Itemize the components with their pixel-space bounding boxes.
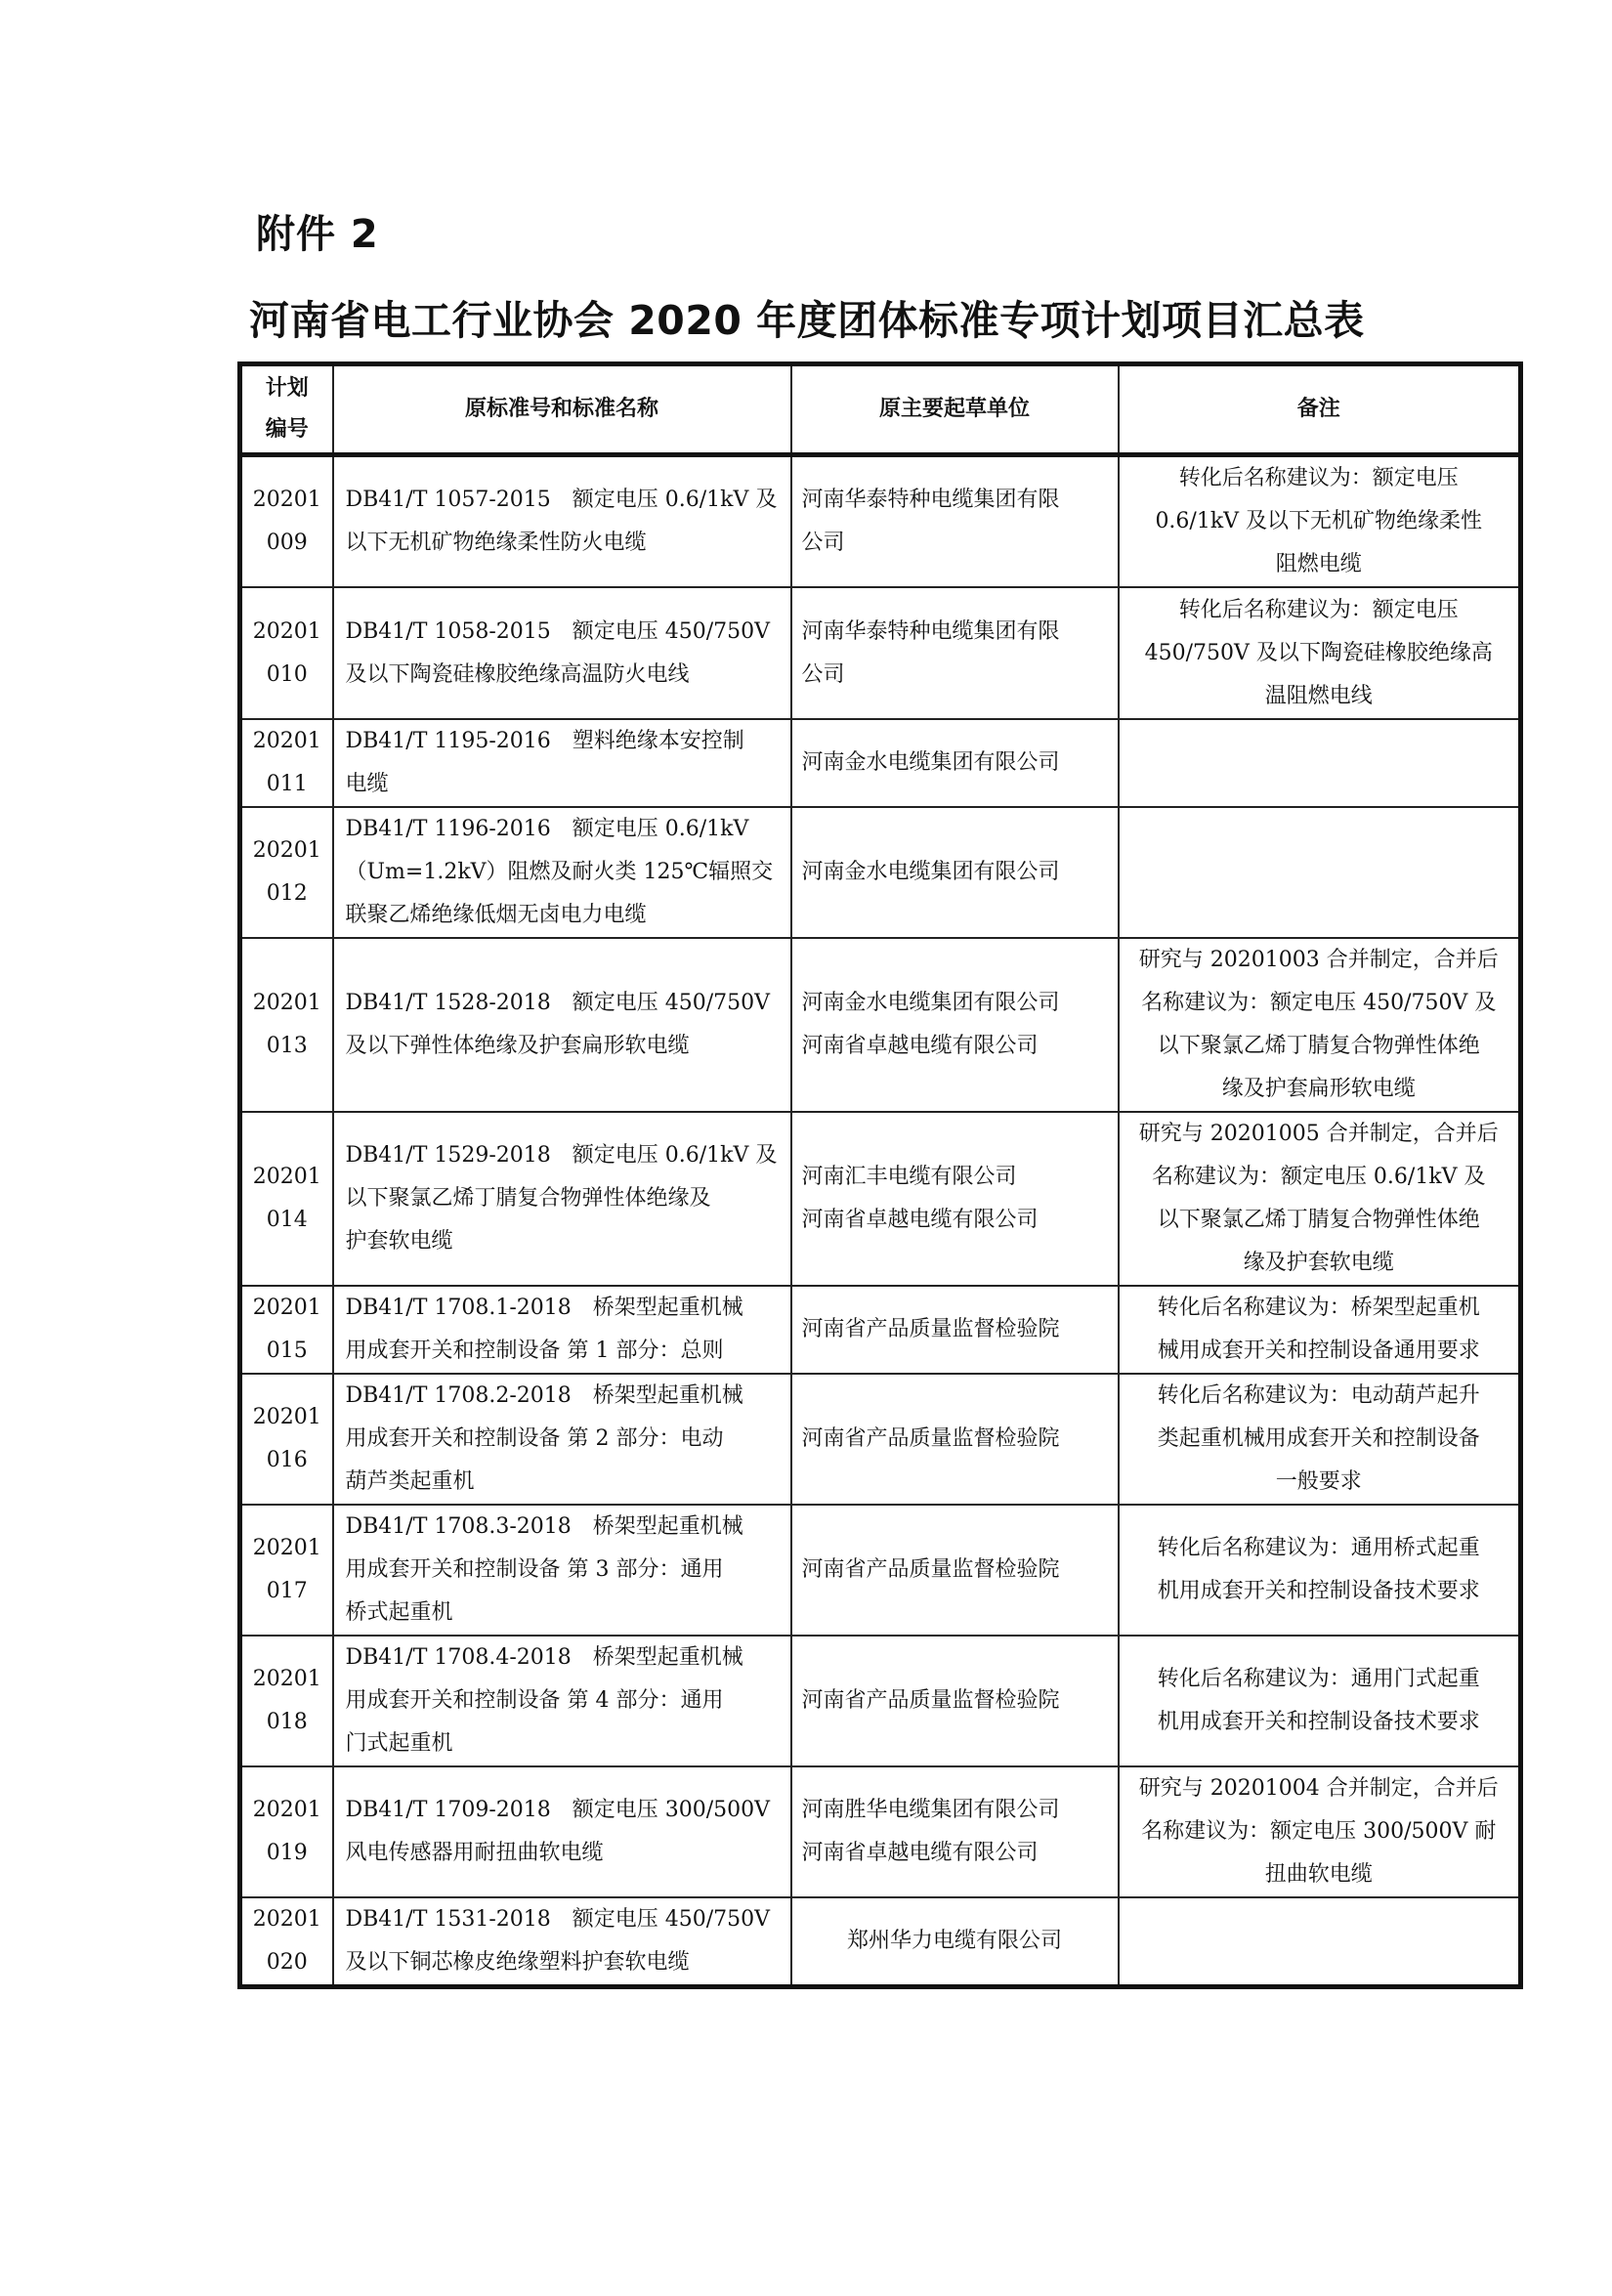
cell-note-line: 研究与 20201003 合并制定，合并后 [1125,939,1513,982]
cell-standard: DB41/T 1709-2018 额定电压 300/500V风电传感器用耐扭曲软… [333,1766,791,1897]
plan-number-id-line1: 20201 [244,1789,330,1832]
cell-standard-line: DB41/T 1195-2016 塑料绝缘本安控制 [346,720,785,763]
cell-note: 转化后名称建议为：额定电压0.6/1kV 及以下无机矿物绝缘柔性阻燃电缆 [1119,455,1521,588]
header-standard: 原标准号和标准名称 [333,364,791,455]
cell-drafting-unit: 河南金水电缆集团有限公司河南省卓越电缆有限公司 [791,938,1119,1112]
cell-drafting-unit: 河南汇丰电缆有限公司河南省卓越电缆有限公司 [791,1112,1119,1286]
cell-note: 转化后名称建议为：桥架型起重机械用成套开关和控制设备通用要求 [1119,1286,1521,1374]
table-row: 20201016DB41/T 1708.2-2018 桥架型起重机械用成套开关和… [240,1374,1521,1505]
cell-drafting-unit-line: 公司 [802,654,1108,697]
cell-drafting-unit-line: 河南汇丰电缆有限公司 [802,1156,1108,1199]
table-body: 20201009DB41/T 1057-2015 额定电压 0.6/1kV 及以… [240,455,1521,1987]
plan-number-id-line1: 20201 [244,1156,330,1199]
cell-standard-line: 以下聚氯乙烯丁腈复合物弹性体绝缘及 [346,1177,785,1220]
cell-note: 研究与 20201004 合并制定，合并后名称建议为：额定电压 300/500V… [1119,1766,1521,1897]
table-row: 20201017DB41/T 1708.3-2018 桥架型起重机械用成套开关和… [240,1505,1521,1636]
cell-drafting-unit-line: 公司 [802,522,1108,565]
cell-drafting-unit-line: 河南省产品质量监督检验院 [802,1418,1108,1461]
cell-plan-number: 20201011 [240,719,333,807]
table-row: 20201014DB41/T 1529-2018 额定电压 0.6/1kV 及以… [240,1112,1521,1286]
cell-note-line: 缘及护套软电缆 [1125,1242,1513,1285]
cell-note-line: 械用成套开关和控制设备通用要求 [1125,1330,1513,1373]
table-row: 20201020DB41/T 1531-2018 额定电压 450/750V及以… [240,1897,1521,1987]
cell-standard: DB41/T 1708.2-2018 桥架型起重机械用成套开关和控制设备 第 2… [333,1374,791,1505]
plan-number-id-line1: 20201 [244,1898,330,1941]
document-title: 河南省电工行业协会 2020 年度团体标准专项计划项目汇总表 [249,288,1451,346]
plan-number-id-line2: 020 [244,1941,330,1984]
plan-number-id-line1: 20201 [244,1527,330,1570]
cell-standard: DB41/T 1057-2015 额定电压 0.6/1kV 及以下无机矿物绝缘柔… [333,455,791,588]
cell-standard-line: DB41/T 1529-2018 额定电压 0.6/1kV 及 [346,1134,785,1177]
table-row: 20201013DB41/T 1528-2018 额定电压 450/750V及以… [240,938,1521,1112]
cell-note-line: 450/750V 及以下陶瓷硅橡胶绝缘高 [1125,632,1513,675]
plan-number-id-line1: 20201 [244,479,330,522]
table-row: 20201012DB41/T 1196-2016 额定电压 0.6/1kV（Um… [240,807,1521,938]
cell-standard: DB41/T 1708.3-2018 桥架型起重机械用成套开关和控制设备 第 3… [333,1505,791,1636]
cell-note: 研究与 20201003 合并制定，合并后名称建议为：额定电压 450/750V… [1119,938,1521,1112]
cell-drafting-unit-line: 郑州华力电缆有限公司 [802,1920,1108,1963]
header-plan-number-line2: 编号 [246,409,328,450]
cell-drafting-unit-line: 河南金水电缆集团有限公司 [802,851,1108,894]
plan-number-id-line2: 009 [244,522,330,565]
cell-standard-line: DB41/T 1528-2018 额定电压 450/750V [346,982,785,1025]
cell-standard-line: DB41/T 1057-2015 额定电压 0.6/1kV 及 [346,479,785,522]
cell-note-line: 缘及护套扁形软电缆 [1125,1068,1513,1111]
cell-note: 转化后名称建议为：电动葫芦起升类起重机械用成套开关和控制设备一般要求 [1119,1374,1521,1505]
cell-drafting-unit-line: 河南省产品质量监督检验院 [802,1549,1108,1592]
table-row: 20201018DB41/T 1708.4-2018 桥架型起重机械用成套开关和… [240,1636,1521,1766]
cell-note: 转化后名称建议为：通用桥式起重机用成套开关和控制设备技术要求 [1119,1505,1521,1636]
cell-note-line: 转化后名称建议为：额定电压 [1125,457,1513,500]
cell-drafting-unit-line: 河南胜华电缆集团有限公司 [802,1789,1108,1832]
header-drafting-unit: 原主要起草单位 [791,364,1119,455]
table-row: 20201010DB41/T 1058-2015 额定电压 450/750V及以… [240,587,1521,719]
table-row: 20201009DB41/T 1057-2015 额定电压 0.6/1kV 及以… [240,455,1521,588]
cell-drafting-unit-line: 河南省卓越电缆有限公司 [802,1199,1108,1242]
plan-number-id-line1: 20201 [244,1658,330,1701]
cell-plan-number: 20201018 [240,1636,333,1766]
cell-standard: DB41/T 1058-2015 额定电压 450/750V及以下陶瓷硅橡胶绝缘… [333,587,791,719]
cell-standard-line: DB41/T 1708.3-2018 桥架型起重机械 [346,1506,785,1549]
header-note: 备注 [1119,364,1521,455]
cell-note-line: 转化后名称建议为：额定电压 [1125,589,1513,632]
cell-plan-number: 20201016 [240,1374,333,1505]
cell-standard-line: DB41/T 1058-2015 额定电压 450/750V [346,611,785,654]
cell-note-line: 转化后名称建议为：通用门式起重 [1125,1658,1513,1701]
plan-number-id-line2: 012 [244,872,330,915]
cell-note [1119,719,1521,807]
cell-drafting-unit: 河南华泰特种电缆集团有限公司 [791,455,1119,588]
cell-standard-line: 用成套开关和控制设备 第 4 部分：通用 [346,1679,785,1722]
cell-standard-line: 用成套开关和控制设备 第 2 部分：电动 [346,1418,785,1461]
cell-note-line: 温阻燃电线 [1125,675,1513,718]
cell-plan-number: 20201014 [240,1112,333,1286]
cell-standard: DB41/T 1528-2018 额定电压 450/750V及以下弹性体绝缘及护… [333,938,791,1112]
cell-standard: DB41/T 1196-2016 额定电压 0.6/1kV（Um=1.2kV）阻… [333,807,791,938]
cell-plan-number: 20201019 [240,1766,333,1897]
cell-plan-number: 20201017 [240,1505,333,1636]
plan-number-id-line2: 017 [244,1570,330,1613]
plan-number-id-line2: 016 [244,1439,330,1482]
cell-standard-line: DB41/T 1531-2018 额定电压 450/750V [346,1898,785,1941]
cell-note-line: 名称建议为：额定电压 0.6/1kV 及 [1125,1156,1513,1199]
cell-drafting-unit-line: 河南金水电缆集团有限公司 [802,742,1108,785]
cell-note-line: 以下聚氯乙烯丁腈复合物弹性体绝 [1125,1199,1513,1242]
cell-note-line: 名称建议为：额定电压 450/750V 及 [1125,982,1513,1025]
cell-standard-line: 用成套开关和控制设备 第 3 部分：通用 [346,1549,785,1592]
cell-drafting-unit-line: 河南金水电缆集团有限公司 [802,982,1108,1025]
attachment-label: 附件 2 [256,203,379,259]
cell-standard-line: DB41/T 1709-2018 额定电压 300/500V [346,1789,785,1832]
cell-standard: DB41/T 1529-2018 额定电压 0.6/1kV 及以下聚氯乙烯丁腈复… [333,1112,791,1286]
cell-note: 转化后名称建议为：额定电压450/750V 及以下陶瓷硅橡胶绝缘高温阻燃电线 [1119,587,1521,719]
cell-note-line: 机用成套开关和控制设备技术要求 [1125,1570,1513,1613]
cell-plan-number: 20201015 [240,1286,333,1374]
cell-note [1119,807,1521,938]
cell-standard-line: 护套软电缆 [346,1220,785,1263]
cell-note-line: 0.6/1kV 及以下无机矿物绝缘柔性 [1125,500,1513,543]
plan-number-id-line1: 20201 [244,982,330,1025]
plan-number-id-line1: 20201 [244,829,330,872]
cell-drafting-unit-line: 河南省产品质量监督检验院 [802,1679,1108,1722]
cell-note-line: 机用成套开关和控制设备技术要求 [1125,1701,1513,1744]
cell-standard-line: DB41/T 1708.1-2018 桥架型起重机械 [346,1287,785,1330]
cell-plan-number: 20201013 [240,938,333,1112]
cell-note [1119,1897,1521,1987]
table-row: 20201019DB41/T 1709-2018 额定电压 300/500V风电… [240,1766,1521,1897]
cell-drafting-unit-line: 河南省卓越电缆有限公司 [802,1832,1108,1875]
cell-standard: DB41/T 1708.4-2018 桥架型起重机械用成套开关和控制设备 第 4… [333,1636,791,1766]
cell-drafting-unit: 河南金水电缆集团有限公司 [791,719,1119,807]
cell-drafting-unit-line: 河南华泰特种电缆集团有限 [802,479,1108,522]
cell-standard: DB41/T 1531-2018 额定电压 450/750V及以下铜芯橡皮绝缘塑… [333,1897,791,1987]
project-summary-table: 计划 编号 原标准号和标准名称 原主要起草单位 备注 20201009DB41/… [237,361,1523,1989]
cell-drafting-unit-line: 河南省卓越电缆有限公司 [802,1025,1108,1068]
cell-standard-line: DB41/T 1708.2-2018 桥架型起重机械 [346,1375,785,1418]
cell-standard-line: 及以下铜芯橡皮绝缘塑料护套软电缆 [346,1941,785,1984]
cell-plan-number: 20201020 [240,1897,333,1987]
cell-note-line: 研究与 20201005 合并制定，合并后 [1125,1113,1513,1156]
cell-note-line: 名称建议为：额定电压 300/500V 耐 [1125,1810,1513,1853]
cell-standard-line: 葫芦类起重机 [346,1461,785,1504]
plan-number-id-line1: 20201 [244,1287,330,1330]
cell-note-line: 阻燃电缆 [1125,543,1513,586]
cell-plan-number: 20201009 [240,455,333,588]
cell-drafting-unit: 河南华泰特种电缆集团有限公司 [791,587,1119,719]
plan-number-id-line1: 20201 [244,611,330,654]
cell-standard: DB41/T 1195-2016 塑料绝缘本安控制电缆 [333,719,791,807]
header-plan-number: 计划 编号 [240,364,333,455]
plan-number-id-line2: 019 [244,1832,330,1875]
cell-standard-line: 以下无机矿物绝缘柔性防火电缆 [346,522,785,565]
cell-note-line: 类起重机械用成套开关和控制设备 [1125,1418,1513,1461]
cell-drafting-unit: 河南省产品质量监督检验院 [791,1636,1119,1766]
cell-drafting-unit: 河南胜华电缆集团有限公司河南省卓越电缆有限公司 [791,1766,1119,1897]
cell-note-line: 扭曲软电缆 [1125,1853,1513,1896]
plan-number-id-line1: 20201 [244,720,330,763]
cell-standard-line: 风电传感器用耐扭曲软电缆 [346,1832,785,1875]
cell-standard-line: DB41/T 1708.4-2018 桥架型起重机械 [346,1637,785,1679]
cell-standard-line: 桥式起重机 [346,1592,785,1635]
cell-standard: DB41/T 1708.1-2018 桥架型起重机械用成套开关和控制设备 第 1… [333,1286,791,1374]
cell-note-line: 研究与 20201004 合并制定，合并后 [1125,1767,1513,1810]
cell-standard-line: 用成套开关和控制设备 第 1 部分：总则 [346,1330,785,1373]
cell-plan-number: 20201012 [240,807,333,938]
cell-drafting-unit-line: 河南省产品质量监督检验院 [802,1308,1108,1351]
cell-note: 转化后名称建议为：通用门式起重机用成套开关和控制设备技术要求 [1119,1636,1521,1766]
table-row: 20201011DB41/T 1195-2016 塑料绝缘本安控制电缆河南金水电… [240,719,1521,807]
header-plan-number-line1: 计划 [246,368,328,409]
cell-standard-line: DB41/T 1196-2016 额定电压 0.6/1kV [346,808,785,851]
cell-note-line: 转化后名称建议为：桥架型起重机 [1125,1287,1513,1330]
cell-plan-number: 20201010 [240,587,333,719]
cell-standard-line: 电缆 [346,763,785,806]
cell-standard-line: 联聚乙烯绝缘低烟无卤电力电缆 [346,894,785,937]
cell-drafting-unit: 郑州华力电缆有限公司 [791,1897,1119,1987]
plan-number-id-line2: 010 [244,654,330,697]
cell-note-line: 一般要求 [1125,1461,1513,1504]
cell-drafting-unit: 河南金水电缆集团有限公司 [791,807,1119,938]
cell-standard-line: 门式起重机 [346,1722,785,1765]
table-header-row: 计划 编号 原标准号和标准名称 原主要起草单位 备注 [240,364,1521,455]
plan-number-id-line1: 20201 [244,1396,330,1439]
cell-standard-line: （Um=1.2kV）阻燃及耐火类 125℃辐照交 [346,851,785,894]
cell-note: 研究与 20201005 合并制定，合并后名称建议为：额定电压 0.6/1kV … [1119,1112,1521,1286]
plan-number-id-line2: 011 [244,763,330,806]
plan-number-id-line2: 018 [244,1701,330,1744]
cell-drafting-unit-line: 河南华泰特种电缆集团有限 [802,611,1108,654]
cell-note-line: 转化后名称建议为：通用桥式起重 [1125,1527,1513,1570]
table-row: 20201015DB41/T 1708.1-2018 桥架型起重机械用成套开关和… [240,1286,1521,1374]
cell-standard-line: 及以下弹性体绝缘及护套扁形软电缆 [346,1025,785,1068]
plan-number-id-line2: 014 [244,1199,330,1242]
plan-number-id-line2: 013 [244,1025,330,1068]
plan-number-id-line2: 015 [244,1330,330,1373]
cell-note-line: 转化后名称建议为：电动葫芦起升 [1125,1375,1513,1418]
cell-drafting-unit: 河南省产品质量监督检验院 [791,1505,1119,1636]
cell-drafting-unit: 河南省产品质量监督检验院 [791,1374,1119,1505]
cell-note-line: 以下聚氯乙烯丁腈复合物弹性体绝 [1125,1025,1513,1068]
cell-standard-line: 及以下陶瓷硅橡胶绝缘高温防火电线 [346,654,785,697]
cell-drafting-unit: 河南省产品质量监督检验院 [791,1286,1119,1374]
